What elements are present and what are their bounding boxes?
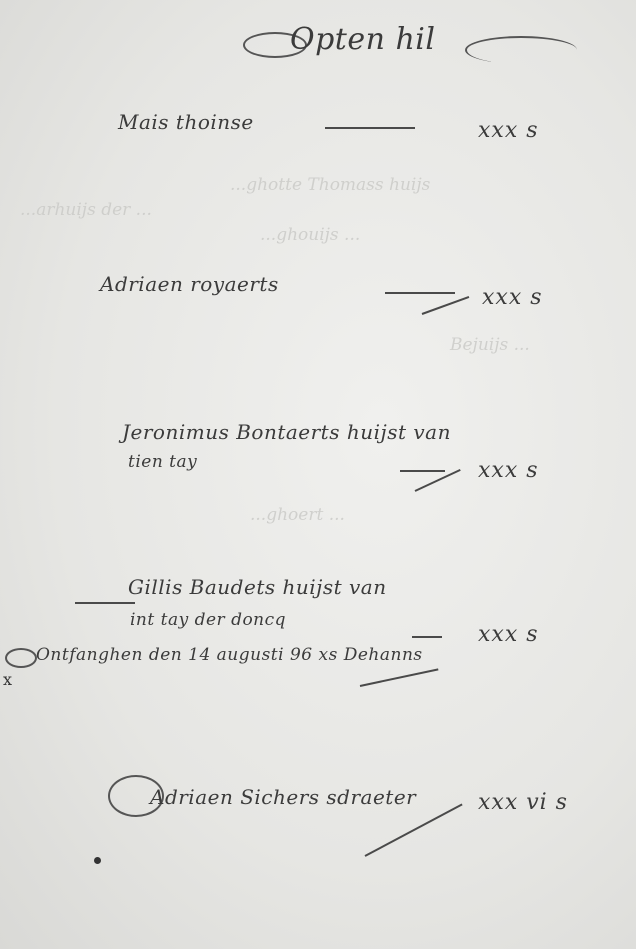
leader-line bbox=[325, 127, 415, 129]
ink-dot bbox=[94, 857, 101, 864]
entry-amount: xxx vi s bbox=[478, 790, 568, 815]
underline-flourish bbox=[360, 668, 439, 687]
entry-amount: xxx s bbox=[478, 458, 539, 483]
leader-line bbox=[412, 636, 442, 638]
entry-name-line2: tien tay bbox=[128, 452, 197, 472]
margin-mark: x bbox=[3, 670, 12, 689]
heading-flourish bbox=[465, 36, 577, 64]
entry-name: Adriaen Sichers sdraeter bbox=[150, 785, 416, 809]
entry-flourish bbox=[75, 602, 135, 604]
leader-line bbox=[365, 803, 463, 856]
bleed-text: ...ghoert ... bbox=[250, 505, 345, 525]
bleed-text: Bejuijs ... bbox=[450, 335, 530, 355]
entry-name: Jeronimus Bontaerts huijst van bbox=[122, 420, 451, 444]
entry-name: Gillis Baudets huijst van bbox=[128, 575, 387, 599]
entry-amount: xxx s bbox=[478, 622, 539, 647]
leader-line bbox=[415, 469, 461, 492]
leader-line bbox=[400, 470, 445, 472]
page-heading: Opten hil bbox=[290, 22, 435, 57]
entry-name: Adriaen royaerts bbox=[100, 272, 279, 296]
entry-name-line2: int tay der doncq bbox=[130, 610, 286, 630]
flourish bbox=[5, 648, 37, 668]
entry-name: Mais thoinse bbox=[118, 110, 254, 134]
entry-amount: xxx s bbox=[482, 285, 543, 310]
entry-amount: xxx s bbox=[478, 118, 539, 143]
manuscript-page: ...ghotte Thomass huijs ...arhuijs der .… bbox=[0, 0, 636, 949]
leader-line bbox=[422, 296, 470, 315]
bleed-text: ...ghouijs ... bbox=[260, 225, 360, 245]
receipt-note: Ontfanghen den 14 augusti 96 xs Dehanns bbox=[36, 645, 423, 665]
leader-line bbox=[385, 292, 455, 294]
bleed-text: ...ghotte Thomass huijs bbox=[230, 175, 430, 195]
bleed-text: ...arhuijs der ... bbox=[20, 200, 152, 220]
